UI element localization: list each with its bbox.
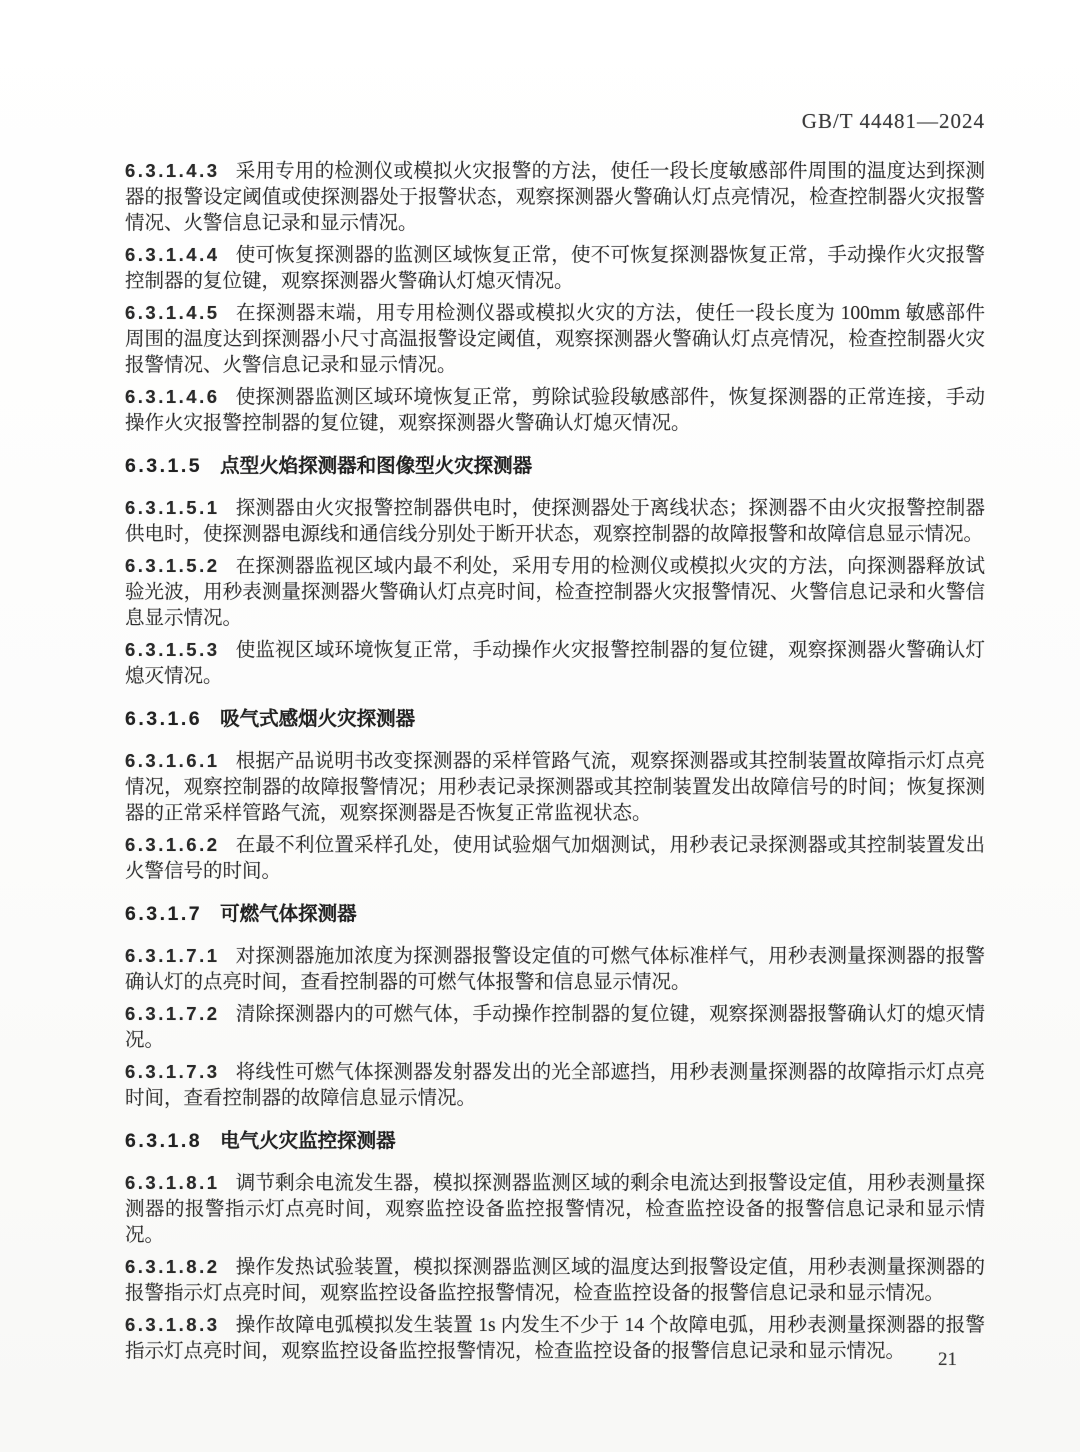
section-heading-text: 点型火焰探测器和图像型火灾探测器 — [220, 455, 532, 477]
clause-text: 调节剩余电流发生器，模拟探测器监测区域的剩余电流达到报警设定值，用秒表测量探测器… — [125, 1173, 985, 1246]
clause-text: 根据产品说明书改变探测器的采样管路气流，观察探测器或其控制装置故障指示灯点亮情况… — [125, 751, 985, 824]
section-heading-text: 电气火灾监控探测器 — [220, 1130, 396, 1152]
clause-text: 操作发热试验装置，模拟探测器监测区域的温度达到报警设定值，用秒表测量探测器的报警… — [125, 1257, 985, 1304]
clause-number: 6.3.1.8.2 — [125, 1256, 220, 1277]
clause-number: 6.3.1.7.3 — [125, 1061, 220, 1082]
clause-text: 清除探测器内的可燃气体，手动操作控制器的复位键，观察探测器报警确认灯的熄灭情况。 — [125, 1004, 985, 1051]
section-heading: 6.3.1.5点型火焰探测器和图像型火灾探测器 — [125, 453, 985, 479]
clause-paragraph: 6.3.1.6.2在最不利位置采样孔处，使用试验烟气加烟测试，用秒表记录探测器或… — [125, 832, 985, 885]
clause-paragraph: 6.3.1.5.3使监视区域环境恢复正常，手动操作火灾报警控制器的复位键，观察探… — [125, 637, 985, 690]
clause-paragraph: 6.3.1.7.1对探测器施加浓度为探测器报警设定值的可燃气体标准样气，用秒表测… — [125, 943, 985, 996]
clause-text: 探测器由火灾报警控制器供电时，使探测器处于离线状态；探测器不由火灾报警控制器供电… — [125, 498, 985, 545]
section-heading-text: 可燃气体探测器 — [220, 903, 357, 925]
clause-text: 使探测器监测区域环境恢复正常，剪除试验段敏感部件，恢复探测器的正常连接，手动操作… — [125, 387, 985, 434]
clause-number: 6.3.1.8.3 — [125, 1314, 220, 1335]
document-content: 6.3.1.4.3采用专用的检测仪或模拟火灾报警的方法，使任一段长度敏感部件周围… — [125, 158, 985, 1370]
page-number: 21 — [938, 1349, 957, 1370]
clause-number: 6.3.1.5.2 — [125, 555, 220, 576]
clause-number: 6.3.1.7.2 — [125, 1003, 220, 1024]
clause-number: 6.3.1.8.1 — [125, 1172, 220, 1193]
clause-text: 对探测器施加浓度为探测器报警设定值的可燃气体标准样气，用秒表测量探测器的报警确认… — [125, 946, 985, 993]
document-footer: 21 — [125, 1349, 957, 1371]
clause-paragraph: 6.3.1.6.1根据产品说明书改变探测器的采样管路气流，观察探测器或其控制装置… — [125, 748, 985, 827]
section-heading-number: 6.3.1.5 — [125, 455, 202, 477]
clause-number: 6.3.1.6.1 — [125, 750, 220, 771]
section-heading: 6.3.1.8电气火灾监控探测器 — [125, 1128, 985, 1154]
section-heading: 6.3.1.6吸气式感烟火灾探测器 — [125, 706, 985, 732]
section-heading-number: 6.3.1.7 — [125, 903, 202, 925]
clause-text: 将线性可燃气体探测器发射器发出的光全部遮挡，用秒表测量探测器的故障指示灯点亮时间… — [125, 1062, 985, 1109]
section-heading-number: 6.3.1.8 — [125, 1130, 202, 1152]
clause-number: 6.3.1.7.1 — [125, 945, 220, 966]
clause-number: 6.3.1.4.5 — [125, 302, 220, 323]
clause-paragraph: 6.3.1.4.4使可恢复探测器的监测区域恢复正常，使不可恢复探测器恢复正常，手… — [125, 242, 985, 295]
clause-text: 使可恢复探测器的监测区域恢复正常，使不可恢复探测器恢复正常，手动操作火灾报警控制… — [125, 245, 985, 292]
clause-paragraph: 6.3.1.4.6使探测器监测区域环境恢复正常，剪除试验段敏感部件，恢复探测器的… — [125, 384, 985, 437]
clause-paragraph: 6.3.1.5.1探测器由火灾报警控制器供电时，使探测器处于离线状态；探测器不由… — [125, 495, 985, 548]
section-heading-number: 6.3.1.6 — [125, 708, 202, 730]
clause-number: 6.3.1.4.6 — [125, 386, 220, 407]
standard-number: GB/T 44481—2024 — [802, 109, 985, 133]
clause-paragraph: 6.3.1.4.5在探测器末端，用专用检测仪器或模拟火灾的方法，使任一段长度为 … — [125, 300, 985, 379]
clause-paragraph: 6.3.1.8.2操作发热试验装置，模拟探测器监测区域的温度达到报警设定值，用秒… — [125, 1254, 985, 1307]
section-heading: 6.3.1.7可燃气体探测器 — [125, 901, 985, 927]
clause-text: 在探测器末端，用专用检测仪器或模拟火灾的方法，使任一段长度为 100mm 敏感部… — [125, 303, 985, 376]
section-heading-text: 吸气式感烟火灾探测器 — [220, 708, 415, 730]
document-page: GB/T 44481—2024 6.3.1.4.3采用专用的检测仪或模拟火灾报警… — [0, 0, 1080, 1452]
clause-number: 6.3.1.5.1 — [125, 497, 220, 518]
clause-paragraph: 6.3.1.7.2清除探测器内的可燃气体，手动操作控制器的复位键，观察探测器报警… — [125, 1001, 985, 1054]
clause-number: 6.3.1.5.3 — [125, 639, 220, 660]
clause-paragraph: 6.3.1.4.3采用专用的检测仪或模拟火灾报警的方法，使任一段长度敏感部件周围… — [125, 158, 985, 237]
clause-text: 使监视区域环境恢复正常，手动操作火灾报警控制器的复位键，观察探测器火警确认灯熄灭… — [125, 640, 985, 687]
clause-paragraph: 6.3.1.8.1调节剩余电流发生器，模拟探测器监测区域的剩余电流达到报警设定值… — [125, 1170, 985, 1249]
clause-text: 在最不利位置采样孔处，使用试验烟气加烟测试，用秒表记录探测器或其控制装置发出火警… — [125, 835, 985, 882]
document-header: GB/T 44481—2024 — [125, 109, 985, 134]
clause-text: 采用专用的检测仪或模拟火灾报警的方法，使任一段长度敏感部件周围的温度达到探测器的… — [125, 161, 985, 234]
clause-number: 6.3.1.4.3 — [125, 160, 220, 181]
clause-paragraph: 6.3.1.7.3将线性可燃气体探测器发射器发出的光全部遮挡，用秒表测量探测器的… — [125, 1059, 985, 1112]
clause-number: 6.3.1.6.2 — [125, 834, 220, 855]
clause-number: 6.3.1.4.4 — [125, 244, 220, 265]
clause-paragraph: 6.3.1.5.2在探测器监视区域内最不利处，采用专用的检测仪或模拟火灾的方法，… — [125, 553, 985, 632]
clause-text: 在探测器监视区域内最不利处，采用专用的检测仪或模拟火灾的方法，向探测器释放试验光… — [125, 556, 985, 629]
